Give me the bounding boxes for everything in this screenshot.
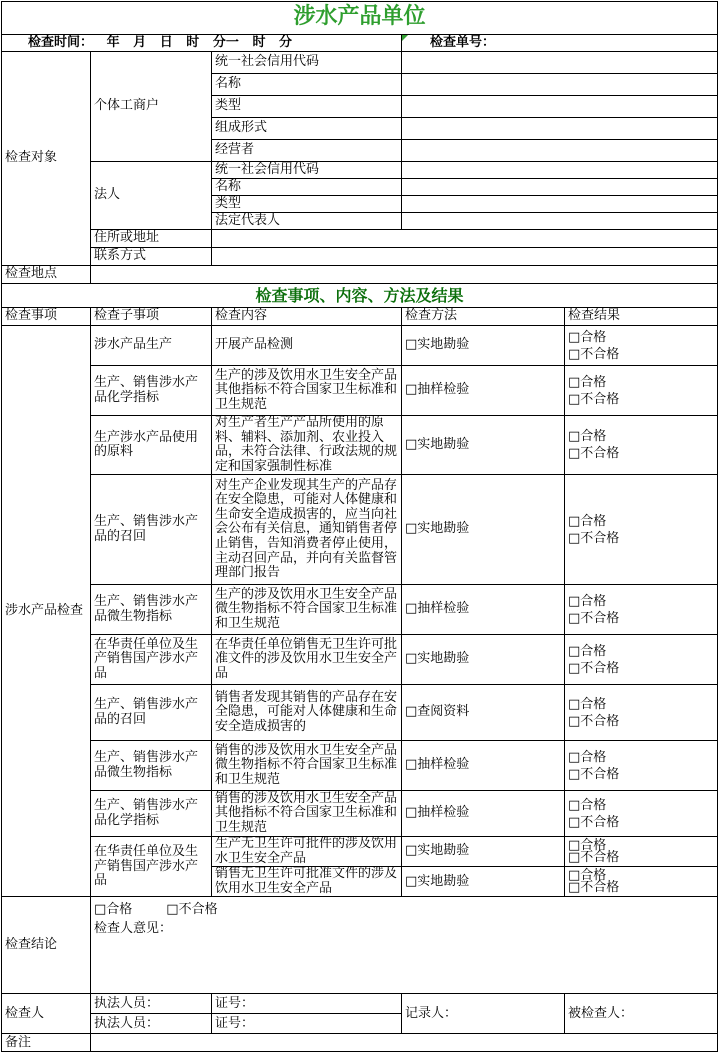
officer-field[interactable]: 执法人员： [91, 994, 212, 1014]
location-label: 检查地点 [2, 266, 91, 284]
content-cell: 销售者发现其销售的产品存在安全隐患，可能对人体健康和生命安全造成损害的 [212, 685, 402, 741]
method-checkbox-cell[interactable]: □抽样检验 [402, 366, 565, 416]
content-cell: 销售的涉及饮用水卫生安全产品微生物指标不符合国家卫生标准和卫生规范 [212, 741, 402, 791]
table-row: 生产、销售涉水产品的召回 对生产企业发现其生产的产品存在安全隐患，可能对人体健康… [2, 475, 718, 585]
sub-item-cell: 生产涉水产品使用的原料 [91, 416, 212, 475]
result-cell[interactable]: □合格 □不合格 [565, 416, 718, 475]
result-fail-option[interactable]: □不合格 [568, 814, 714, 831]
field-label: 统一社会信用代码 [212, 52, 402, 74]
field-label: 名称 [212, 179, 402, 196]
col-header-content: 检查内容 [212, 308, 402, 326]
conclusion-cell[interactable]: □合格□不合格 检查人意见： [91, 897, 718, 994]
content-cell: 生产的涉及饮用水卫生安全产品其他指标不符合国家卫生标准和卫生规范 [212, 366, 402, 416]
contact-value-cell[interactable] [212, 248, 718, 266]
result-cell[interactable]: □合格 □不合格 [565, 635, 718, 685]
inspection-serial-label: 检查单号： [430, 35, 495, 50]
result-cell[interactable]: □合格 □不合格 [565, 791, 718, 837]
field-label: 法定代表人 [212, 213, 402, 230]
table-row: 生产、销售涉水产品微生物指标 销售的涉及饮用水卫生安全产品微生物指标不符合国家卫… [2, 741, 718, 791]
inspection-form-sheet: 涉水产品单位 检查时间： 年 月 日 时 分一 时 分 检查单号： 检查对象 个… [1, 1, 718, 1052]
result-fail-option[interactable]: □不合格 [568, 713, 714, 730]
method-checkbox-cell[interactable]: □实地勘验 [402, 416, 565, 475]
address-value-cell[interactable] [212, 230, 718, 248]
method-checkbox-cell[interactable]: □实地勘验 [402, 326, 565, 366]
recorder-field[interactable]: 记录人： [402, 994, 565, 1034]
legal-person-label: 法人 [91, 162, 212, 230]
excel-corner-flag-icon [402, 35, 408, 41]
field-label: 类型 [212, 196, 402, 213]
form-title: 涉水产品单位 [2, 2, 718, 35]
section2-title: 检查事项、内容、方法及结果 [2, 284, 718, 308]
address-label: 住所或地址 [91, 230, 212, 248]
method-checkbox-cell[interactable]: □查阅资料 [402, 685, 565, 741]
field-label: 组成形式 [212, 118, 402, 140]
sub-item-cell: 涉水产品生产 [91, 326, 212, 366]
conclusion-label: 检查结论 [2, 897, 91, 994]
col-header-subitem: 检查子事项 [91, 308, 212, 326]
sub-item-cell: 生产、销售涉水产品微生物指标 [91, 741, 212, 791]
result-cell[interactable]: □合格 □不合格 [565, 837, 718, 867]
method-checkbox-cell[interactable]: □抽样检验 [402, 741, 565, 791]
table-row: 生产、销售涉水产品的召回 销售者发现其销售的产品存在安全隐患，可能对人体健康和生… [2, 685, 718, 741]
method-checkbox-cell[interactable]: □实地勘验 [402, 475, 565, 585]
content-cell: 对生产者生产产品所使用的原料、辅料、添加剂、农业投入品，未符合法律、行政法规的规… [212, 416, 402, 475]
method-checkbox-cell[interactable]: □实地勘验 [402, 867, 565, 897]
method-checkbox-cell[interactable]: □实地勘验 [402, 635, 565, 685]
inspection-serial-field[interactable]: 检查单号： [402, 35, 718, 52]
field-label: 经营者 [212, 140, 402, 162]
result-cell[interactable]: □合格 □不合格 [565, 366, 718, 416]
result-fail-option[interactable]: □不合格 [568, 445, 714, 462]
table-row: 生产、销售涉水产品化学指标 生产的涉及饮用水卫生安全产品其他指标不符合国家卫生标… [2, 366, 718, 416]
content-cell: 开展产品检测 [212, 326, 402, 366]
col-header-item: 检查事项 [2, 308, 91, 326]
individual-business-label: 个体工商户 [91, 52, 212, 162]
result-fail-option[interactable]: □不合格 [568, 391, 714, 408]
col-header-method: 检查方法 [402, 308, 565, 326]
content-cell: 对生产企业发现其生产的产品存在安全隐患，可能对人体健康和生命安全造成损害的，应当… [212, 475, 402, 585]
content-cell: 生产无卫生许可批件的涉及饮用水卫生安全产品 [212, 837, 402, 867]
result-pass-option[interactable]: □合格 [568, 797, 714, 814]
result-pass-option[interactable]: □合格 [568, 749, 714, 766]
field-value-cell[interactable] [402, 179, 718, 196]
sub-item-cell: 生产、销售涉水产品的召回 [91, 475, 212, 585]
table-row: 生产、销售涉水产品化学指标 销售的涉及饮用水卫生安全产品其他指标不符合国家卫生标… [2, 791, 718, 837]
field-label: 统一社会信用代码 [212, 162, 402, 179]
result-fail-option[interactable]: □不合格 [568, 882, 714, 894]
field-value-cell[interactable] [402, 96, 718, 118]
table-row: 涉水产品检查 涉水产品生产 开展产品检测 □实地勘验 □合格 □不合格 [2, 326, 718, 366]
result-cell[interactable]: □合格 □不合格 [565, 867, 718, 897]
inspectors-label: 检查人 [2, 994, 91, 1034]
result-pass-option[interactable]: □合格 [568, 513, 714, 530]
location-value-cell[interactable] [91, 266, 718, 284]
result-cell[interactable]: □合格 □不合格 [565, 475, 718, 585]
sub-item-cell: 生产、销售涉水产品化学指标 [91, 791, 212, 837]
field-value-cell[interactable] [402, 74, 718, 96]
inspected-person-field[interactable]: 被检查人： [565, 994, 718, 1034]
inspection-time-field[interactable]: 检查时间： 年 月 日 时 分一 时 分 [2, 35, 402, 52]
remarks-label: 备注 [2, 1034, 91, 1052]
method-checkbox-cell[interactable]: □实地勘验 [402, 837, 565, 867]
field-label: 类型 [212, 96, 402, 118]
inspector-opinion-label: 检查人意见： [94, 919, 714, 938]
field-value-cell[interactable] [402, 118, 718, 140]
category-cell: 涉水产品检查 [2, 326, 91, 897]
content-cell: 在华责任单位销售无卫生许可批准文件的涉及饮用水卫生安全产品 [212, 635, 402, 685]
table-row: 在华责任单位及生产销售国产涉水产品 在华责任单位销售无卫生许可批准文件的涉及饮用… [2, 635, 718, 685]
table-row: 生产、销售涉水产品微生物指标 生产的涉及饮用水卫生安全产品微生物指标不符合国家卫… [2, 585, 718, 635]
content-cell: 销售无卫生许可批准文件的涉及饮用水卫生安全产品 [212, 867, 402, 897]
method-checkbox-cell[interactable]: □抽样检验 [402, 791, 565, 837]
result-cell[interactable]: □合格 □不合格 [565, 685, 718, 741]
field-value-cell[interactable] [402, 196, 718, 213]
result-cell[interactable]: □合格 □不合格 [565, 585, 718, 635]
result-pass-option[interactable]: □合格 [568, 374, 714, 391]
result-pass-option[interactable]: □合格 [568, 696, 714, 713]
result-pass-option[interactable]: □合格 [568, 643, 714, 660]
cert-no-field[interactable]: 证号： [212, 1014, 402, 1034]
result-fail-option[interactable]: □不合格 [568, 660, 714, 677]
sub-item-cell: 在华责任单位及生产销售国产涉水产品 [91, 635, 212, 685]
officer-field[interactable]: 执法人员： [91, 1014, 212, 1034]
contact-label: 联系方式 [91, 248, 212, 266]
field-label: 名称 [212, 74, 402, 96]
result-fail-option[interactable]: □不合格 [568, 852, 714, 864]
col-header-result: 检查结果 [565, 308, 718, 326]
content-cell: 销售的涉及饮用水卫生安全产品其他指标不符合国家卫生标准和卫生规范 [212, 791, 402, 837]
result-fail-option[interactable]: □不合格 [568, 610, 714, 627]
field-value-cell[interactable] [402, 213, 718, 230]
field-value-cell[interactable] [402, 162, 718, 179]
table-row: 在华责任单位及生产销售国产涉水产品 生产无卫生许可批件的涉及饮用水卫生安全产品 … [2, 837, 718, 867]
conclusion-pass-option[interactable]: □合格 [94, 902, 132, 917]
result-cell[interactable]: □合格 □不合格 [565, 326, 718, 366]
content-cell: 生产的涉及饮用水卫生安全产品微生物指标不符合国家卫生标准和卫生规范 [212, 585, 402, 635]
method-checkbox-cell[interactable]: □抽样检验 [402, 585, 565, 635]
result-fail-option[interactable]: □不合格 [568, 346, 714, 363]
field-value-cell[interactable] [402, 140, 718, 162]
sub-item-cell: 生产、销售涉水产品的召回 [91, 685, 212, 741]
result-fail-option[interactable]: □不合格 [568, 530, 714, 547]
conclusion-fail-option[interactable]: □不合格 [166, 902, 217, 917]
result-pass-option[interactable]: □合格 [568, 329, 714, 346]
result-pass-option[interactable]: □合格 [568, 593, 714, 610]
target-section-label: 检查对象 [2, 52, 91, 266]
result-cell[interactable]: □合格 □不合格 [565, 741, 718, 791]
sub-item-cell: 生产、销售涉水产品化学指标 [91, 366, 212, 416]
remarks-value-cell[interactable] [91, 1034, 718, 1052]
field-value-cell[interactable] [402, 52, 718, 74]
sub-item-cell: 生产、销售涉水产品微生物指标 [91, 585, 212, 635]
cert-no-field[interactable]: 证号： [212, 994, 402, 1014]
table-row: 生产涉水产品使用的原料 对生产者生产产品所使用的原料、辅料、添加剂、农业投入品，… [2, 416, 718, 475]
result-pass-option[interactable]: □合格 [568, 428, 714, 445]
result-fail-option[interactable]: □不合格 [568, 766, 714, 783]
sub-item-cell: 在华责任单位及生产销售国产涉水产品 [91, 837, 212, 897]
